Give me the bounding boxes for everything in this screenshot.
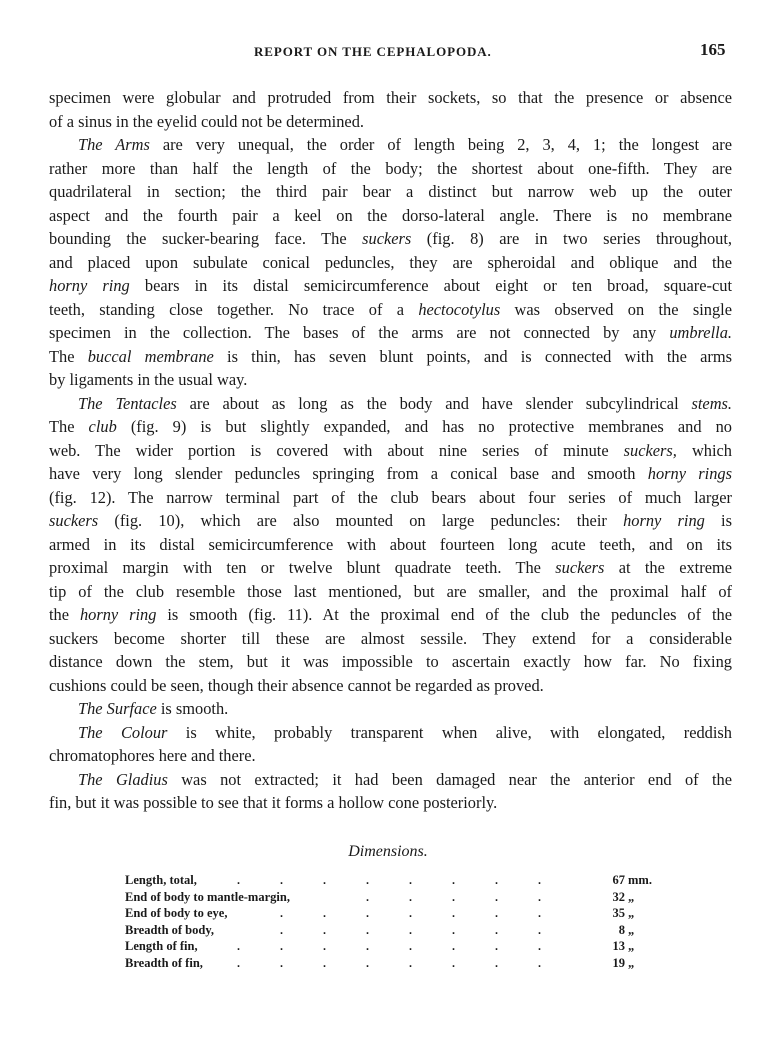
dimension-row: Breadth of fin,........19„	[125, 955, 655, 972]
text-run: specimen were globular and protruded fro…	[49, 88, 732, 107]
text-line: horny ring bears in its distal semicircu…	[49, 274, 732, 298]
text-run: are about as long as the body and have s…	[177, 394, 692, 413]
italic-term: The Tentacles	[78, 394, 177, 413]
text-run: which	[677, 441, 732, 460]
text-run: fin, but it was possible to see that it …	[49, 793, 497, 812]
running-head: REPORT ON THE CEPHALOPODA.	[254, 44, 492, 60]
dimension-value: 32	[603, 889, 625, 906]
italic-term: buccal membrane	[88, 347, 214, 366]
text-line: suckers (fig. 10), which are also mounte…	[49, 509, 732, 533]
italic-term: The Arms	[78, 135, 150, 154]
dimension-unit: „	[628, 889, 634, 906]
text-line: distance down the stem, but it was impos…	[49, 650, 732, 674]
text-line: The club (fig. 9) is but slightly expand…	[49, 415, 732, 439]
dimension-value: 35	[603, 905, 625, 922]
italic-term: The Gladius	[78, 770, 168, 789]
dimension-value: 13	[603, 938, 625, 955]
text-run: is smooth.	[157, 699, 229, 718]
dimension-unit: „	[628, 905, 634, 922]
text-run: chromatophores here and there.	[49, 746, 256, 765]
text-run: is	[705, 511, 732, 530]
dimension-row: Breadth of body,.......8„	[125, 922, 655, 939]
text-run: was not extracted; it had been damaged n…	[168, 770, 732, 789]
dimension-row: Length, total,........67mm.	[125, 872, 655, 889]
document-page: REPORT ON THE CEPHALOPODA. 165 specimen …	[0, 0, 776, 1050]
paragraph: specimen were globular and protruded fro…	[49, 86, 732, 133]
italic-term: stems.	[691, 394, 732, 413]
text-line: The Colour is white, probably transparen…	[49, 721, 732, 745]
dimension-label: Length of fin,	[125, 938, 198, 955]
text-line: of a sinus in the eyelid could not be de…	[49, 110, 732, 134]
italic-term: club	[89, 417, 117, 436]
text-run: web. The wider portion is covered with a…	[49, 441, 624, 460]
italic-term: horny ring	[80, 605, 156, 624]
dimension-value: 19	[603, 955, 625, 972]
dimension-row: End of body to mantle-margin,.....32„	[125, 889, 655, 906]
dimension-value: 8	[603, 922, 625, 939]
text-run: suckers become shorter till these are al…	[49, 629, 732, 648]
text-run: have very long slender peduncles springi…	[49, 464, 648, 483]
text-line: (fig. 12). The narrow terminal part of t…	[49, 486, 732, 510]
text-line: and placed upon subulate conical peduncl…	[49, 251, 732, 275]
dimensions-table: Length, total,........67mm.End of body t…	[125, 872, 655, 971]
text-line: teeth, standing close together. No trace…	[49, 298, 732, 322]
text-line: specimen in the collection. The bases of…	[49, 321, 732, 345]
italic-term: hectocotylus	[418, 300, 500, 319]
italic-term: horny rings	[648, 464, 732, 483]
paragraph: The Arms are very unequal, the order of …	[49, 133, 732, 392]
text-run: was observed on the single	[500, 300, 732, 319]
text-line: the horny ring is smooth (fig. 11). At t…	[49, 603, 732, 627]
text-line: chromatophores here and there.	[49, 744, 732, 768]
text-run: specimen in the collection. The bases of…	[49, 323, 669, 342]
text-run: (fig. 8) are in two series throughout,	[411, 229, 732, 248]
text-line: cushions could be seen, though their abs…	[49, 674, 732, 698]
dimension-unit: „	[628, 955, 634, 972]
text-line: have very long slender peduncles springi…	[49, 462, 732, 486]
text-line: tip of the club resemble those last ment…	[49, 580, 732, 604]
text-run: The	[49, 417, 89, 436]
italic-term: horny ring	[623, 511, 705, 530]
text-line: rather more than half the length of the …	[49, 157, 732, 181]
italic-term: The Surface	[78, 699, 157, 718]
paragraph: The Gladius was not extracted; it had be…	[49, 768, 732, 815]
text-run: of a sinus in the eyelid could not be de…	[49, 112, 364, 131]
text-line: The Tentacles are about as long as the b…	[49, 392, 732, 416]
paragraph: The Surface is smooth.	[49, 697, 732, 721]
text-line: quadrilateral in section; the third pair…	[49, 180, 732, 204]
dimension-label: End of body to mantle-margin,	[125, 889, 290, 906]
page-number: 165	[700, 40, 726, 60]
text-run: The	[49, 347, 88, 366]
text-line: bounding the sucker-bearing face. The su…	[49, 227, 732, 251]
text-line: The Surface is smooth.	[49, 697, 732, 721]
text-line: by ligaments in the usual way.	[49, 368, 732, 392]
dimension-unit: „	[628, 938, 634, 955]
dimension-unit: mm.	[628, 872, 652, 889]
dimension-value: 67	[603, 872, 625, 889]
text-run: is smooth (fig. 11). At the proximal end…	[156, 605, 732, 624]
dimensions-title: Dimensions.	[0, 843, 776, 861]
italic-term: umbrella.	[669, 323, 732, 342]
text-run: the	[49, 605, 80, 624]
body-text: specimen were globular and protruded fro…	[49, 86, 732, 815]
text-run: bounding the sucker-bearing face. The	[49, 229, 362, 248]
dimension-row: Length of fin,........13„	[125, 938, 655, 955]
text-line: proximal margin with ten or twelve blunt…	[49, 556, 732, 580]
italic-term: The Colour	[78, 723, 167, 742]
italic-term: suckers	[49, 511, 98, 530]
dimension-label: Breadth of body,	[125, 922, 214, 939]
text-line: fin, but it was possible to see that it …	[49, 791, 732, 815]
italic-term: horny ring	[49, 276, 130, 295]
text-line: The Arms are very unequal, the order of …	[49, 133, 732, 157]
dimension-label: Breadth of fin,	[125, 955, 203, 972]
text-run: is white, probably transparent when aliv…	[167, 723, 732, 742]
text-line: specimen were globular and protruded fro…	[49, 86, 732, 110]
text-run: (fig. 9) is but slightly expanded, and h…	[117, 417, 732, 436]
text-run: aspect and the fourth pair a keel on the…	[49, 206, 732, 225]
text-run: at the extreme	[604, 558, 732, 577]
italic-term: suckers	[555, 558, 604, 577]
text-run: is thin, has seven blunt points, and is …	[214, 347, 732, 366]
text-run: teeth, standing close together. No trace…	[49, 300, 418, 319]
dimension-label: End of body to eye,	[125, 905, 227, 922]
italic-term: suckers,	[624, 441, 677, 460]
text-run: proximal margin with ten or twelve blunt…	[49, 558, 555, 577]
text-line: The buccal membrane is thin, has seven b…	[49, 345, 732, 369]
text-run: armed in its distal semicircumference wi…	[49, 535, 732, 554]
dimension-row: End of body to eye,.......35„	[125, 905, 655, 922]
text-run: tip of the club resemble those last ment…	[49, 582, 732, 601]
paragraph: The Tentacles are about as long as the b…	[49, 392, 732, 698]
text-run: are very unequal, the order of length be…	[150, 135, 732, 154]
text-run: cushions could be seen, though their abs…	[49, 676, 544, 695]
text-run: quadrilateral in section; the third pair…	[49, 182, 732, 201]
text-run: and placed upon subulate conical peduncl…	[49, 253, 732, 272]
text-run: (fig. 10), which are also mounted on lar…	[98, 511, 623, 530]
text-line: aspect and the fourth pair a keel on the…	[49, 204, 732, 228]
dimension-label: Length, total,	[125, 872, 197, 889]
paragraph: The Colour is white, probably transparen…	[49, 721, 732, 768]
text-run: bears in its distal semicircumference ab…	[130, 276, 732, 295]
text-run: by ligaments in the usual way.	[49, 370, 247, 389]
text-line: The Gladius was not extracted; it had be…	[49, 768, 732, 792]
text-line: armed in its distal semicircumference wi…	[49, 533, 732, 557]
italic-term: suckers	[362, 229, 411, 248]
text-run: (fig. 12). The narrow terminal part of t…	[49, 488, 732, 507]
text-run: distance down the stem, but it was impos…	[49, 652, 732, 671]
text-line: web. The wider portion is covered with a…	[49, 439, 732, 463]
dimension-unit: „	[628, 922, 634, 939]
text-run: rather more than half the length of the …	[49, 159, 732, 178]
text-line: suckers become shorter till these are al…	[49, 627, 732, 651]
